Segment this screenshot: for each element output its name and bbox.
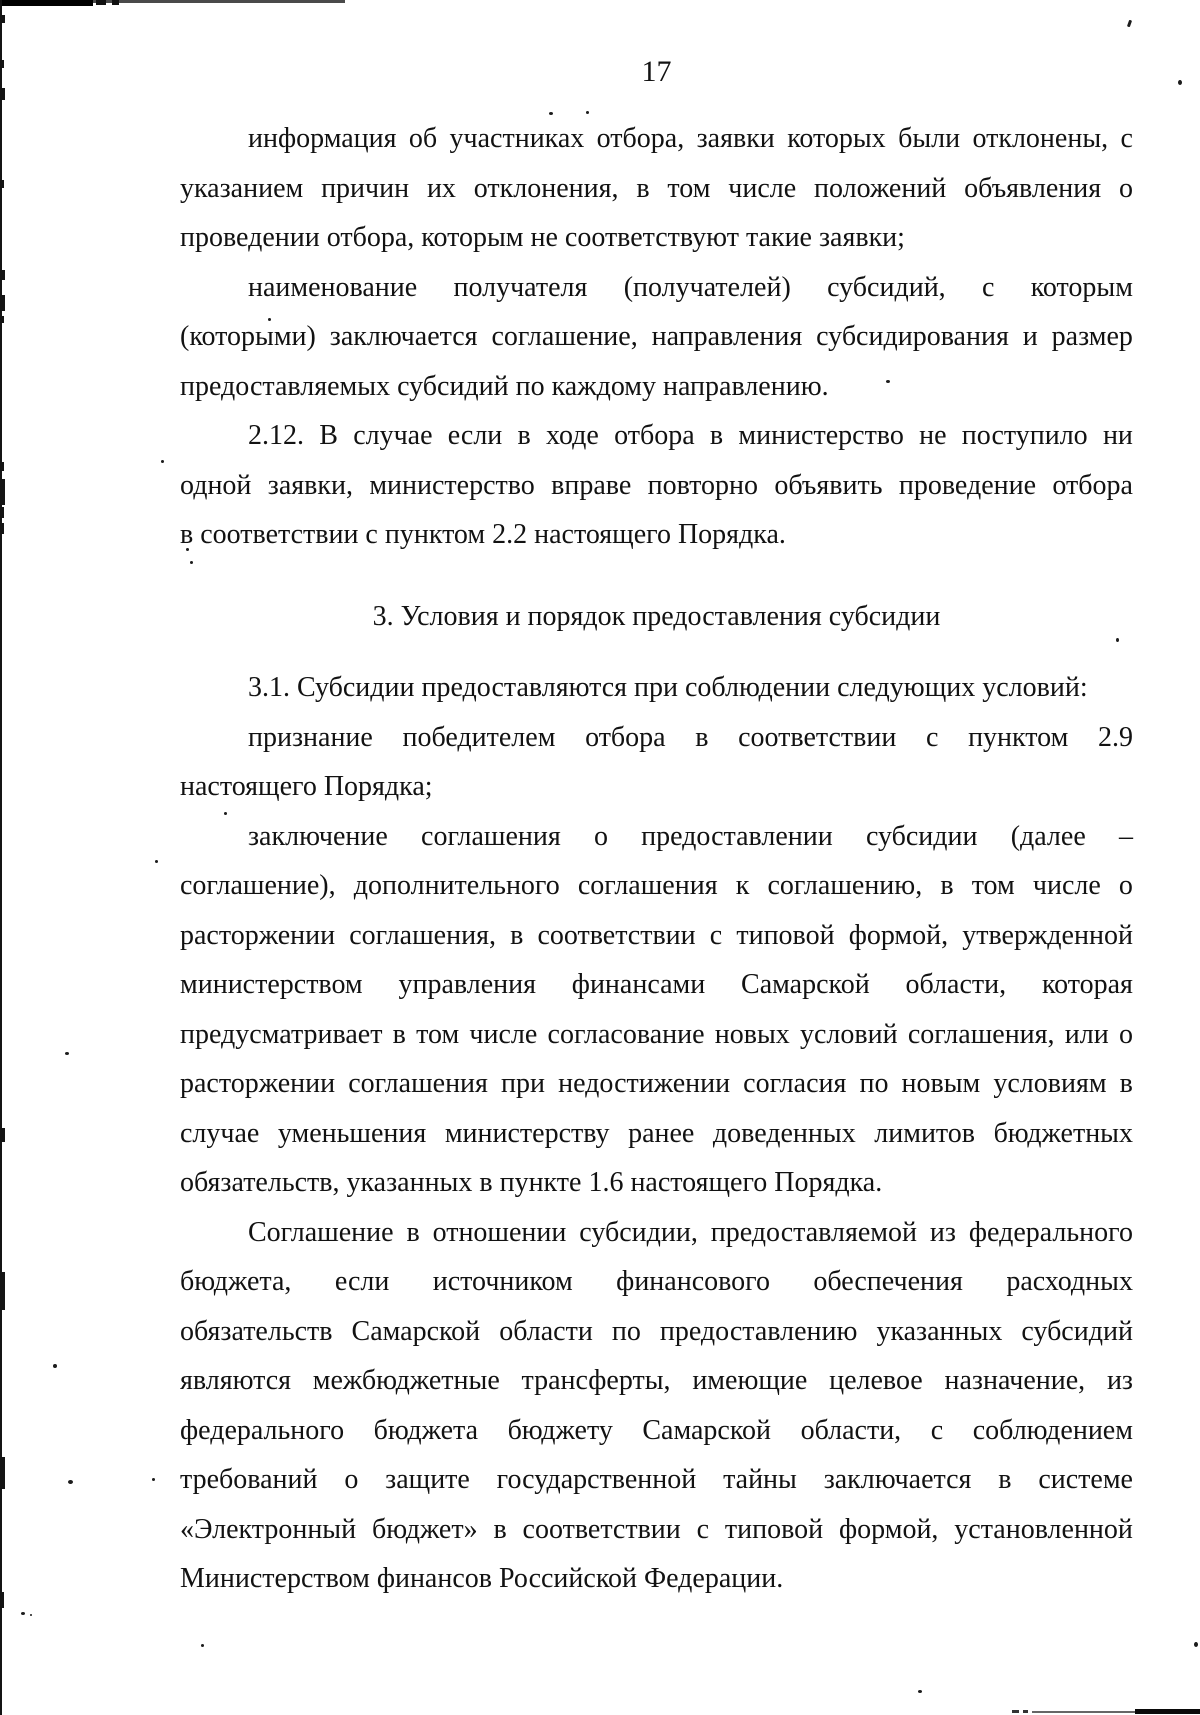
scan-artifact-left-blob <box>0 270 5 280</box>
scan-speck <box>190 561 193 564</box>
word: с <box>926 713 938 763</box>
word: с <box>982 263 994 313</box>
word: дополнительного <box>354 861 560 911</box>
word: проведение <box>899 461 1036 511</box>
scan-artifact-left-blob <box>0 1457 5 1489</box>
word: области, <box>906 960 1007 1010</box>
word: поступило <box>962 411 1088 461</box>
word: с <box>1121 114 1133 164</box>
word: указанием <box>180 164 303 214</box>
word: в <box>406 1208 419 1258</box>
word: обязательств <box>180 1307 332 1357</box>
word: управления <box>398 960 536 1010</box>
scan-speck <box>186 548 189 551</box>
word: о <box>344 1455 358 1505</box>
word: соглашения, <box>349 911 496 961</box>
word: (которыми) <box>180 312 316 362</box>
word: формой, <box>849 911 948 961</box>
word: 2.12. <box>248 411 304 461</box>
scan-speck <box>918 1690 922 1693</box>
word: предоставлению <box>660 1307 858 1357</box>
word: участниках <box>450 114 585 164</box>
word: целевое <box>829 1356 923 1406</box>
word: положений <box>814 164 946 214</box>
word: федерального <box>969 1208 1133 1258</box>
word: указанных <box>876 1307 1002 1357</box>
word: требований <box>180 1455 317 1505</box>
word: министерство <box>369 461 534 511</box>
text-line: обязательствСамарскойобластипопредоставл… <box>180 1307 1133 1357</box>
scanned-document-page: 17 информацияобучастникахотбора,заявкико… <box>0 0 1200 1715</box>
word: победителем <box>402 713 555 763</box>
scan-artifact-left-blob <box>0 180 4 188</box>
text-line: Министерством финансов Российской Федера… <box>180 1554 1133 1604</box>
scan-speck <box>1194 1642 1198 1647</box>
scan-artifact-left-blob <box>0 1128 5 1142</box>
word: министерству <box>445 1109 610 1159</box>
text-line: в соответствии с пунктом 2.2 настоящего … <box>180 510 1133 560</box>
scan-artifact-left-blob <box>0 1592 4 1608</box>
word: их <box>427 164 456 214</box>
word: объявления <box>964 164 1101 214</box>
word: о <box>1119 164 1133 214</box>
word: ни <box>1103 411 1133 461</box>
text-line: настоящего Порядка; <box>180 762 1133 812</box>
word: расторжении <box>180 911 335 961</box>
word: из <box>1107 1356 1133 1406</box>
word: если <box>448 411 503 461</box>
word: финансового <box>616 1257 770 1307</box>
text-line: наименованиеполучателя(получателей)субси… <box>180 263 1133 313</box>
document-body: информацияобучастникахотбора,заявкикотор… <box>180 114 1133 1604</box>
word: субсидий <box>1021 1307 1133 1357</box>
word: одной <box>180 461 251 511</box>
text-line: указаниемпричинихотклонения,втомчислепол… <box>180 164 1133 214</box>
word: случае <box>180 1109 259 1159</box>
word: наименование <box>248 263 417 313</box>
word: повторно <box>648 461 758 511</box>
word: недостижении <box>558 1059 730 1109</box>
text-line: министерствомуправленияфинансамиСамарско… <box>180 960 1133 1010</box>
page-number: 17 <box>180 52 1133 92</box>
text-line: предоставляемых субсидий по каждому напр… <box>180 362 1133 412</box>
scan-speck <box>152 1478 155 1481</box>
scan-speck <box>53 1364 57 1368</box>
word: из <box>930 1208 956 1258</box>
word: в <box>695 713 708 763</box>
word: отбора <box>585 713 666 763</box>
text-line: расторжениисоглашенияпринедостижениисогл… <box>180 1059 1133 1109</box>
word: с <box>697 1505 709 1555</box>
word: ранее <box>628 1109 694 1159</box>
text-line: обязательств, указанных в пункте 1.6 нас… <box>180 1158 1133 1208</box>
word: об <box>409 114 437 164</box>
word: «Электронный <box>180 1505 356 1555</box>
word: министерство <box>738 411 903 461</box>
word: с <box>710 911 722 961</box>
word: имеющие <box>692 1356 807 1406</box>
word: являются <box>180 1356 291 1406</box>
word: в <box>393 1010 406 1060</box>
word: предоставлении <box>641 812 833 862</box>
text-line: признаниепобедителемотборавсоответствиис… <box>180 713 1133 763</box>
text-line: являютсямежбюджетныетрансферты,имеющиеце… <box>180 1356 1133 1406</box>
word: объявить <box>774 461 882 511</box>
scan-artifact-left-blob <box>0 316 4 323</box>
scan-artifact-left-blob <box>0 88 5 100</box>
word: субсидии <box>866 812 978 862</box>
word: расторжении <box>180 1059 335 1109</box>
word: о <box>594 812 608 862</box>
scan-artifact-left-blob <box>0 295 5 311</box>
word: новых <box>715 1010 790 1060</box>
word: которым <box>1031 263 1133 313</box>
word: установленной <box>954 1505 1133 1555</box>
scan-artifact-top-dash <box>96 0 106 5</box>
word: защите <box>385 1455 470 1505</box>
word: субсидии, <box>579 1208 698 1258</box>
word: ходе <box>546 411 599 461</box>
scan-speck <box>21 1612 25 1615</box>
word: бюджету <box>508 1406 613 1456</box>
scan-speck <box>586 111 589 114</box>
word: в <box>518 411 531 461</box>
word: системе <box>1038 1455 1133 1505</box>
word: субсидий, <box>827 263 946 313</box>
word: отбора <box>614 411 695 461</box>
word: федерального <box>180 1406 344 1456</box>
scan-artifact-left-blob <box>0 15 5 23</box>
text-line: проведении отбора, которым не соответств… <box>180 213 1133 263</box>
word: Самарской <box>642 1406 771 1456</box>
word: субсидирования <box>816 312 1009 362</box>
word: лимитов <box>874 1109 975 1159</box>
word: отклонения, <box>474 164 619 214</box>
word: направления <box>652 312 803 362</box>
text-line: (которыми)заключаетсясоглашение,направле… <box>180 312 1133 362</box>
word: министерством <box>180 960 363 1010</box>
word: которая <box>1042 960 1133 1010</box>
word: области <box>499 1307 593 1357</box>
word: расходных <box>1006 1257 1133 1307</box>
word: соответствии <box>537 911 695 961</box>
word: в <box>710 411 723 461</box>
text-line: однойзаявки,министерствовправеповторнооб… <box>180 461 1133 511</box>
word: бюджета <box>374 1406 478 1456</box>
scan-speck <box>1178 80 1182 85</box>
word: бюджета, <box>180 1257 291 1307</box>
word: Соглашение <box>248 1208 394 1258</box>
word: в <box>940 861 953 911</box>
word: заключается <box>330 312 478 362</box>
word: бюджетных <box>994 1109 1133 1159</box>
word: уменьшения <box>278 1109 426 1159</box>
scan-artifact-left-blob <box>0 60 4 68</box>
word: Самарской <box>352 1307 481 1357</box>
word: формой, <box>839 1505 938 1555</box>
scan-speck <box>201 1644 204 1647</box>
scan-speck <box>1116 638 1119 642</box>
scan-speck <box>886 380 890 383</box>
word: доведенных <box>713 1109 856 1159</box>
text-line: 3.1. Субсидии предоставляются при соблюд… <box>180 663 1133 713</box>
word: или <box>1065 1010 1109 1060</box>
word: предусматривает <box>180 1010 382 1060</box>
word: случае <box>353 411 432 461</box>
text-line: федеральногобюджетабюджетуСамарскойоблас… <box>180 1406 1133 1456</box>
word: – <box>1119 812 1133 862</box>
word: которых <box>787 114 886 164</box>
word: соглашения <box>421 812 561 862</box>
word: соблюдением <box>973 1406 1133 1456</box>
text-line: 2.12.Вслучаеесливходеотборавминистерство… <box>180 411 1133 461</box>
word: тайны <box>723 1455 797 1505</box>
word: отбора, <box>597 114 685 164</box>
scan-artifact-bottom-line <box>1135 1709 1200 1714</box>
word: соглашения, <box>908 1010 1055 1060</box>
word: соглашение, <box>491 312 637 362</box>
word: источником <box>433 1257 573 1307</box>
word: не <box>919 411 946 461</box>
word: в <box>510 911 523 961</box>
word: числе <box>469 1010 537 1060</box>
word: соглашения <box>348 1059 488 1109</box>
word: бюджет» <box>372 1505 478 1555</box>
word: с <box>931 1406 943 1456</box>
word: трансферты, <box>522 1356 671 1406</box>
word: и <box>1023 312 1038 362</box>
word: типовой <box>725 1505 823 1555</box>
word: по <box>612 1307 641 1357</box>
word: размер <box>1052 312 1133 362</box>
word: числе <box>1033 861 1101 911</box>
word: отношении <box>433 1208 567 1258</box>
text-line: заключениесоглашенияопредоставлениисубси… <box>180 812 1133 862</box>
scan-speck <box>30 1614 32 1616</box>
word: том <box>972 861 1015 911</box>
text-line: Соглашениевотношениисубсидии,предоставля… <box>180 1208 1133 1258</box>
word: признание <box>248 713 373 763</box>
scan-speck <box>155 860 158 863</box>
word: числе <box>728 164 796 214</box>
word: (далее <box>1011 812 1086 862</box>
scan-speck <box>68 1480 73 1484</box>
word: новым <box>902 1059 981 1109</box>
word: о <box>1119 1010 1133 1060</box>
word: в <box>636 164 649 214</box>
scan-speck <box>65 1052 69 1055</box>
word: пунктом <box>968 713 1068 763</box>
word: типовой <box>736 911 834 961</box>
word: утвержденной <box>962 911 1133 961</box>
text-line: бюджета,еслиисточникомфинансовогообеспеч… <box>180 1257 1133 1307</box>
word: том <box>416 1010 459 1060</box>
word: назначение, <box>945 1356 1086 1406</box>
word: в <box>493 1505 506 1555</box>
scan-artifact-top-dash <box>112 0 119 5</box>
word: соответствии <box>738 713 896 763</box>
scan-artifact-bottom-line-faint <box>1032 1711 1135 1713</box>
scan-artifact-left-blob <box>0 462 4 471</box>
word: информация <box>248 114 397 164</box>
scan-artifact-top-line <box>0 0 93 6</box>
word: причин <box>321 164 409 214</box>
word: при <box>501 1059 545 1109</box>
word: (получателей) <box>624 263 791 313</box>
word: предоставляемой <box>711 1208 917 1258</box>
word: согласование <box>548 1010 705 1060</box>
word: области, <box>801 1406 902 1456</box>
word: соответствии <box>523 1505 681 1555</box>
word: отклонены, <box>972 114 1108 164</box>
scan-artifact-left-blob <box>0 507 4 518</box>
word: в <box>998 1455 1011 1505</box>
word: том <box>667 164 710 214</box>
word: 2.9 <box>1098 713 1133 763</box>
scan-artifact-left-blob <box>0 523 4 534</box>
word: заключается <box>824 1455 972 1505</box>
word: условиям <box>993 1059 1106 1109</box>
text-line: «Электронныйбюджет»всоответствиистиповой… <box>180 1505 1133 1555</box>
word: согласия <box>743 1059 846 1109</box>
text-line: случаеуменьшенияминистерствуранеедоведен… <box>180 1109 1133 1159</box>
text-line: предусматриваетвтомчислесогласованиеновы… <box>180 1010 1133 1060</box>
text-line: расторжениисоглашения,всоответствиистипо… <box>180 911 1133 961</box>
text-line: соглашение),дополнительногосоглашенияксо… <box>180 861 1133 911</box>
word: были <box>898 114 960 164</box>
word: Самарской <box>741 960 870 1010</box>
word: получателя <box>454 263 588 313</box>
word: межбюджетные <box>313 1356 500 1406</box>
section-heading: 3. Условия и порядок предоставления субс… <box>180 592 1133 642</box>
word: в <box>1120 1059 1133 1109</box>
scan-speck <box>1127 20 1132 28</box>
scan-artifact-left-blob <box>0 479 5 505</box>
text-line: требованийозащитегосударственнойтайнызак… <box>180 1455 1133 1505</box>
word: о <box>1119 861 1133 911</box>
scan-artifact-bottom-dash <box>1012 1710 1019 1713</box>
scan-artifact-bottom-dash <box>1023 1710 1028 1713</box>
scan-speck <box>224 812 227 815</box>
word: по <box>859 1059 888 1109</box>
word: заявки <box>697 114 775 164</box>
word: обеспечения <box>813 1257 963 1307</box>
word: к <box>736 861 750 911</box>
word: заключение <box>248 812 388 862</box>
word: заявки, <box>268 461 353 511</box>
scan-artifact-top-line-faint <box>93 0 345 3</box>
word: вправе <box>551 461 631 511</box>
word: государственной <box>497 1455 697 1505</box>
word: соглашения <box>578 861 718 911</box>
word: В <box>319 411 338 461</box>
text-line: информацияобучастникахотбора,заявкикотор… <box>180 114 1133 164</box>
word: финансами <box>572 960 705 1010</box>
word: если <box>335 1257 390 1307</box>
word: условий <box>800 1010 898 1060</box>
word: соглашение), <box>180 861 336 911</box>
scan-artifact-left-blob <box>0 1272 5 1310</box>
scan-speck <box>161 460 164 463</box>
word: соглашению, <box>767 861 922 911</box>
word: отбора <box>1052 461 1133 511</box>
scan-speck <box>549 112 553 115</box>
scan-speck <box>268 318 271 321</box>
